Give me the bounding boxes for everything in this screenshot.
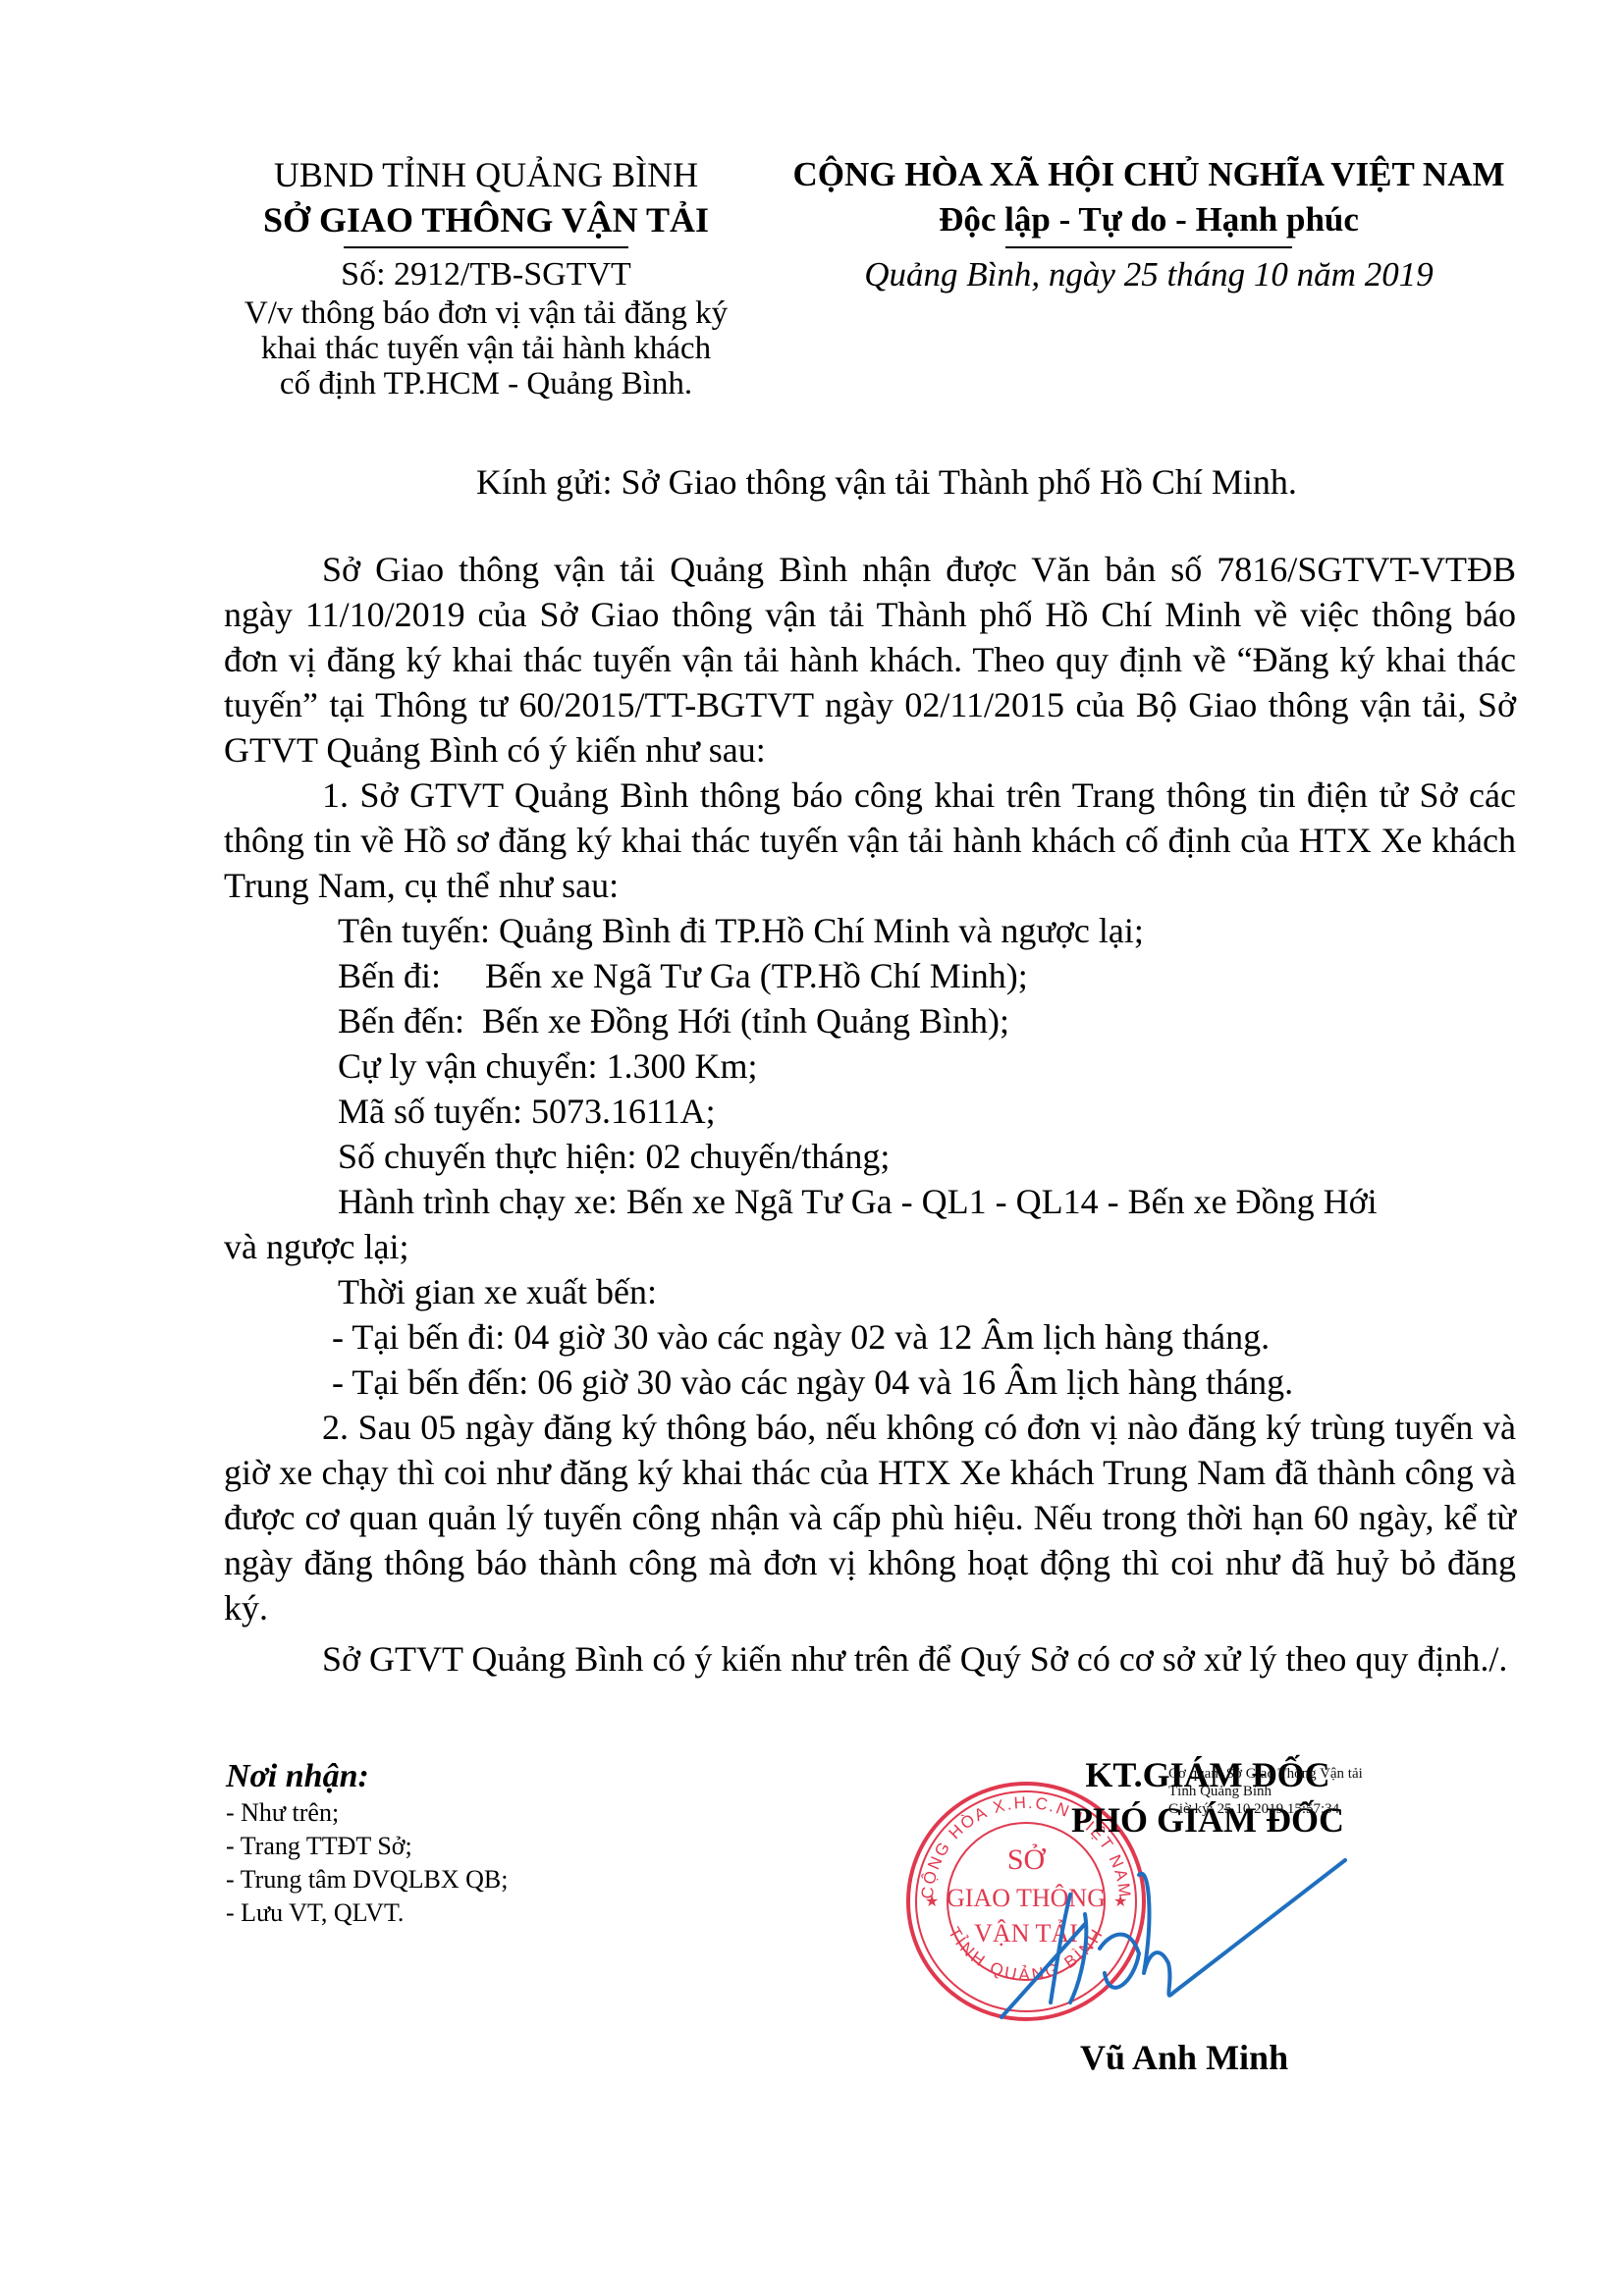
closing-paragraph: Sở GTVT Quảng Bình có ý kiến như trên để… <box>224 1636 1516 1682</box>
itinerary: Hành trình chạy xe: Bến xe Ngã Tư Ga - Q… <box>224 1179 1516 1224</box>
recipient-item: - Trang TTĐT Sở; <box>226 1830 508 1863</box>
header-right: CỘNG HÒA XÃ HỘI CHỦ NGHĨA VIỆT NAM Độc l… <box>766 152 1532 295</box>
doc-subject-line: cố định TP.HCM - Quảng Bình. <box>211 366 761 401</box>
stamp-time: Giờ ký: 25.10.2019 15:57:34 <box>1168 1800 1363 1818</box>
departure-station: Bến đi: Bến xe Ngã Tư Ga (TP.Hồ Chí Minh… <box>224 953 1516 998</box>
recipient-item: - Lưu VT, QLVT. <box>226 1896 508 1930</box>
recipients-block: Nơi nhận: - Như trên; - Trang TTĐT Sở; -… <box>226 1757 508 1930</box>
national-title: CỘNG HÒA XÃ HỘI CHỦ NGHĨA VIỆT NAM <box>766 152 1532 197</box>
trip-count: Số chuyến thực hiện: 02 chuyến/tháng; <box>224 1134 1516 1179</box>
departure-time-destination: - Tại bến đến: 06 giờ 30 vào các ngày 04… <box>224 1360 1516 1405</box>
doc-number-value: 2912 <box>394 256 460 293</box>
doc-subject-line: khai thác tuyến vận tải hành khách <box>211 331 761 366</box>
point-2-paragraph: 2. Sau 05 ngày đăng ký thông báo, nếu kh… <box>224 1405 1516 1630</box>
document-body: Sở Giao thông vận tải Quảng Bình nhận đư… <box>224 547 1516 1682</box>
header-left: UBND TỈNH QUẢNG BÌNH SỞ GIAO THÔNG VẬN T… <box>211 152 761 401</box>
recipients-title: Nơi nhận: <box>226 1757 508 1796</box>
place-date: Quảng Bình, ngày 25 tháng 10 năm 2019 <box>766 254 1532 295</box>
itinerary-continued: và ngược lại; <box>224 1224 1516 1269</box>
digital-signature-stamp: Cơ quan: Sở Giao Thông Vận tải Tỉnh Quản… <box>1168 1765 1363 1818</box>
header-right-divider <box>1005 246 1292 248</box>
doc-number: Số: 2912/TB-SGTVT <box>211 254 761 295</box>
arrival-station: Bến đến: Bến xe Đồng Hới (tỉnh Quảng Bìn… <box>224 998 1516 1043</box>
doc-subject-line: V/v thông báo đơn vị vận tải đăng ký <box>211 295 761 331</box>
intro-paragraph: Sở Giao thông vận tải Quảng Bình nhận đư… <box>224 547 1516 773</box>
header-left-divider <box>344 246 628 248</box>
departure-time-origin: - Tại bến đi: 04 giờ 30 vào các ngày 02 … <box>224 1314 1516 1360</box>
route-name: Tên tuyến: Quảng Bình đi TP.Hồ Chí Minh … <box>224 908 1516 953</box>
addressee: Kính gửi: Sở Giao thông vận tải Thành ph… <box>476 461 1297 503</box>
handwritten-signature-icon <box>992 1855 1365 2022</box>
distance: Cự ly vận chuyển: 1.300 Km; <box>224 1043 1516 1089</box>
doc-number-label: Số: <box>341 256 385 293</box>
issuing-authority: UBND TỈNH QUẢNG BÌNH <box>211 152 761 197</box>
issuing-department: SỞ GIAO THÔNG VẬN TẢI <box>211 197 761 242</box>
doc-number-code: /TB-SGTVT <box>460 256 631 293</box>
recipient-item: - Trung tâm DVQLBX QB; <box>226 1863 508 1896</box>
stamp-province: Tỉnh Quảng Bình <box>1168 1783 1363 1800</box>
point-1-paragraph: 1. Sở GTVT Quảng Bình thông báo công kha… <box>224 773 1516 908</box>
stamp-agency: Cơ quan: Sở Giao Thông Vận tải <box>1168 1765 1363 1783</box>
signer-name: Vũ Anh Minh <box>1080 2037 1288 2078</box>
departure-times-heading: Thời gian xe xuất bến: <box>224 1269 1516 1314</box>
route-code: Mã số tuyến: 5073.1611A; <box>224 1089 1516 1134</box>
national-motto: Độc lập - Tự do - Hạnh phúc <box>766 197 1532 242</box>
recipient-item: - Như trên; <box>226 1796 508 1830</box>
